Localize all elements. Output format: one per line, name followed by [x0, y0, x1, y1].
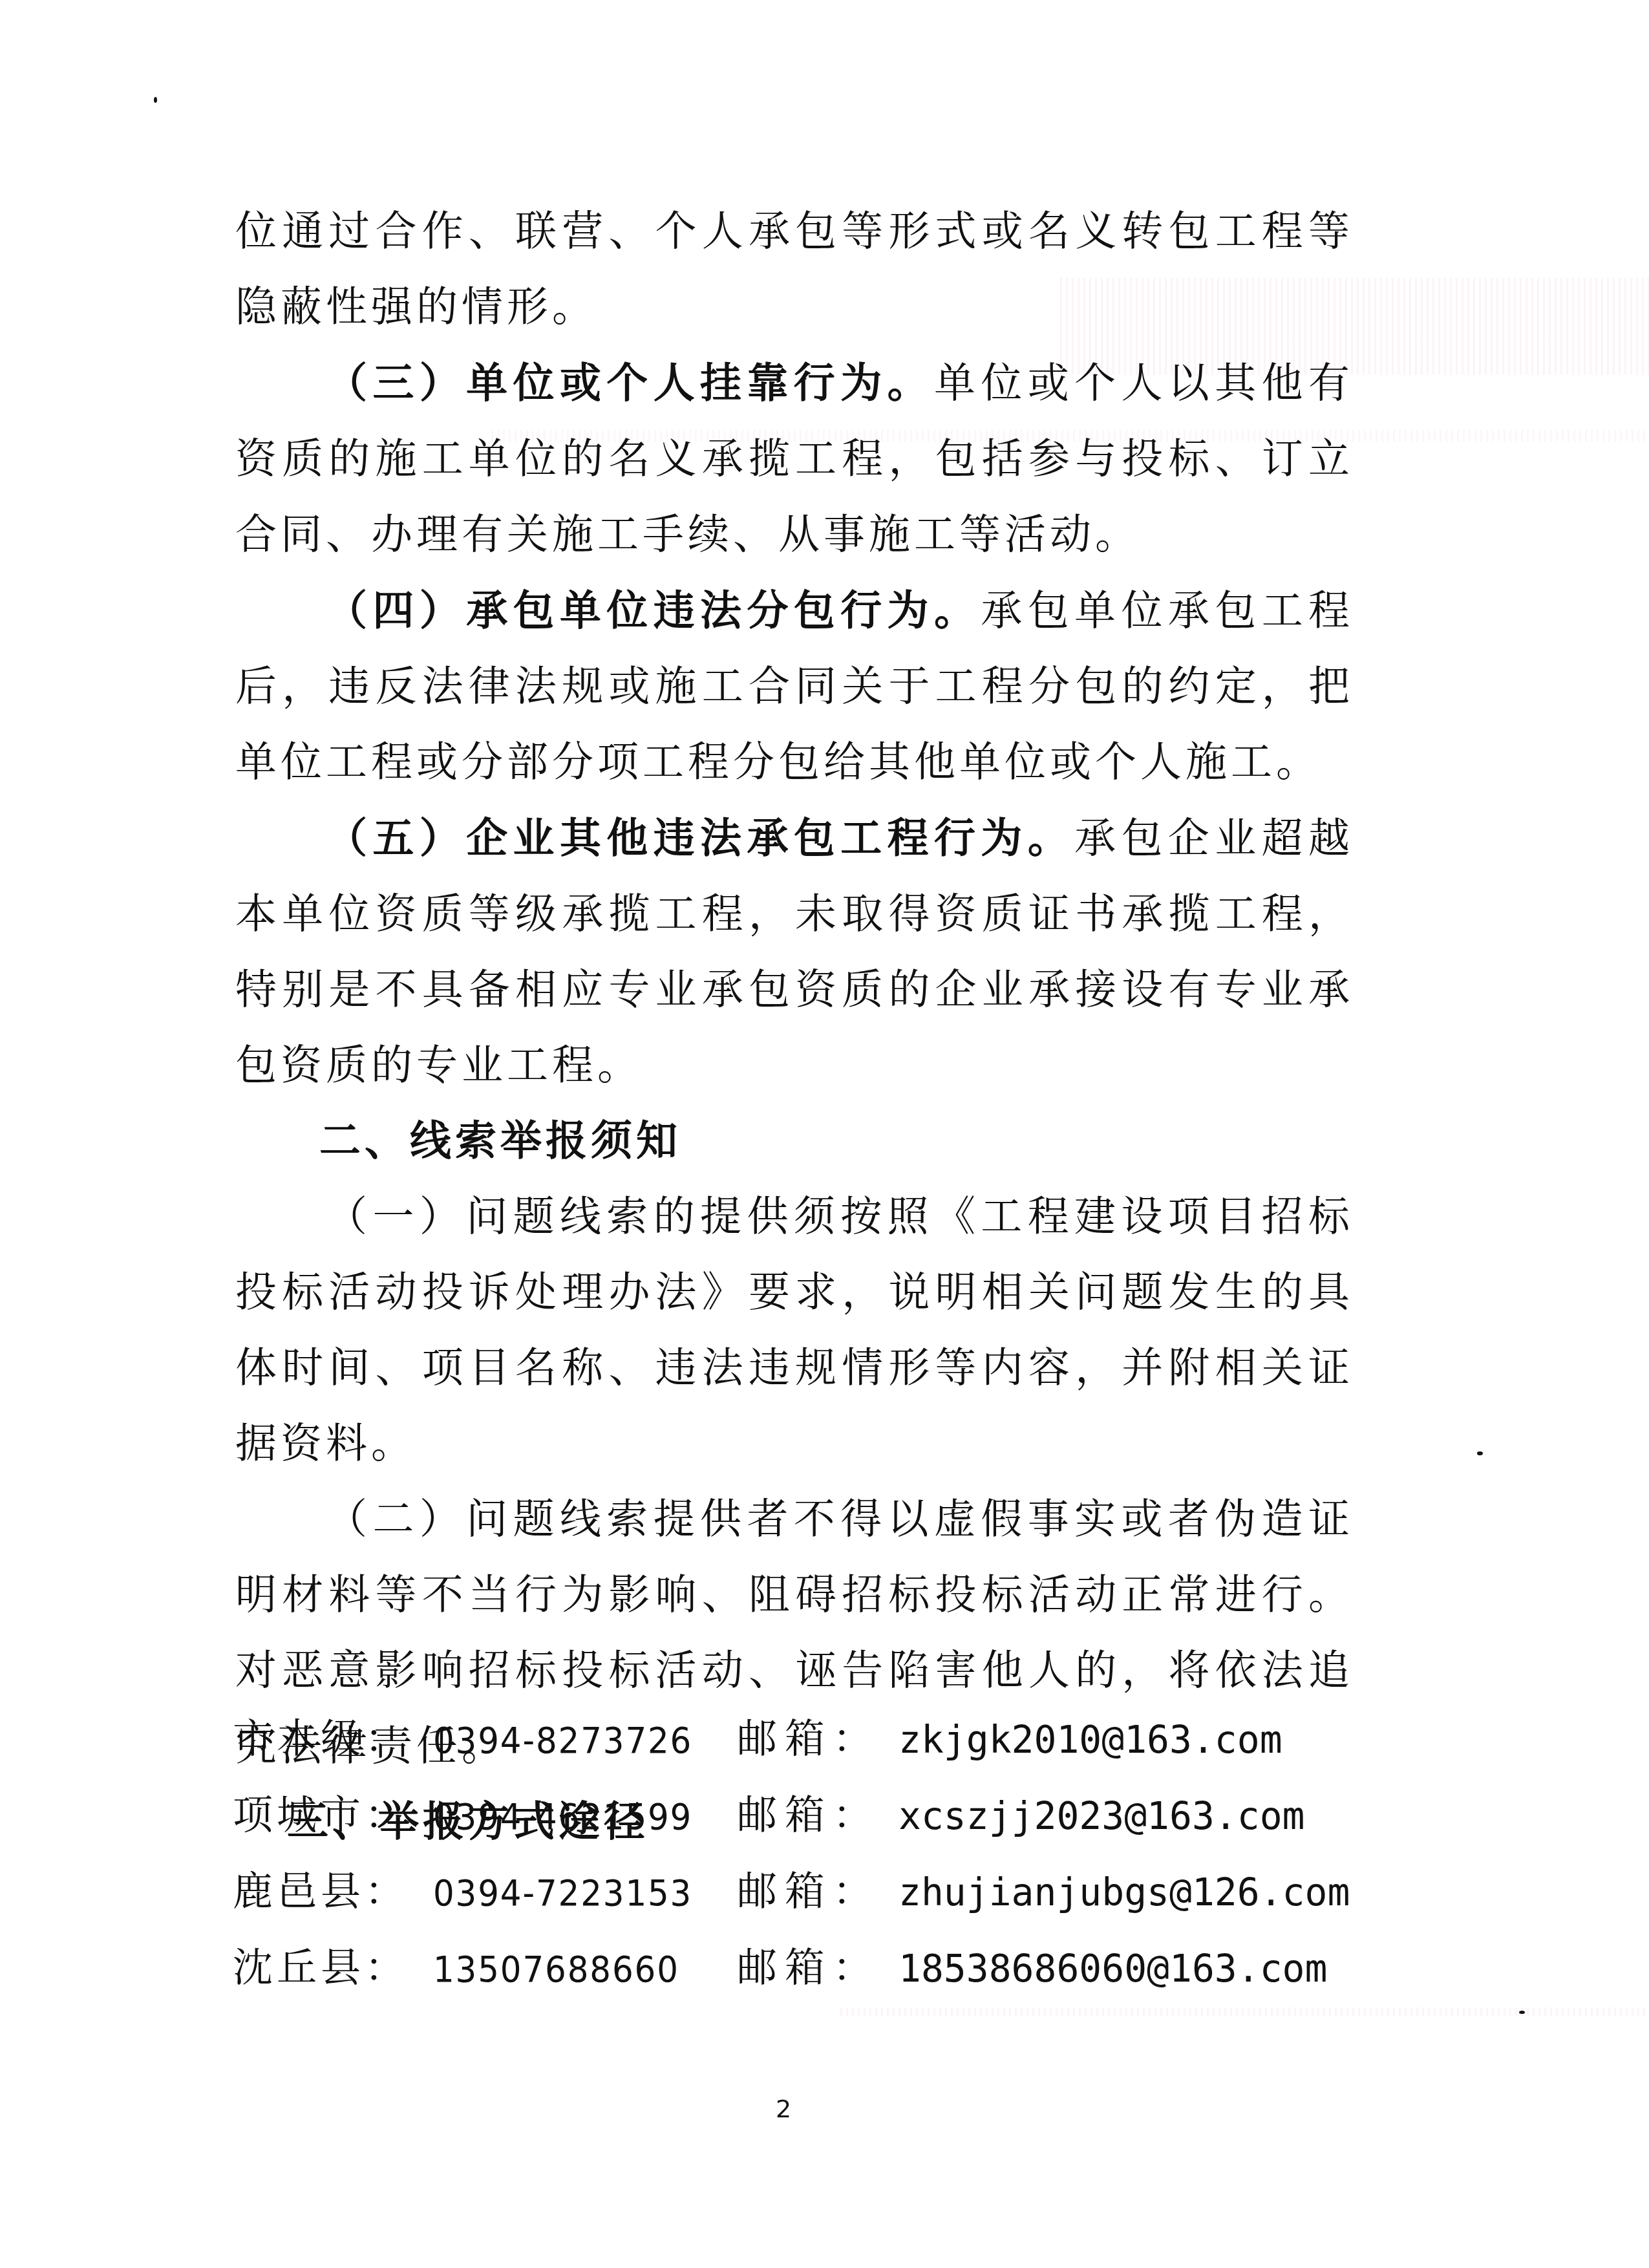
item-five: （五）企业其他违法承包工程行为。承包企业超越本单位资质等级承揽工程，未取得资质证… [235, 800, 1354, 1104]
contact-email: zkjgk2010@163.com [899, 1718, 1282, 1762]
contact-phone: 13507688660 [433, 1949, 712, 1991]
continuation-paragraph: 位通过合作、联营、个人承包等形式或名义转包工程等隐蔽性强的情形。 [235, 194, 1354, 345]
contact-email: xcszjj2023@163.com [899, 1794, 1305, 1838]
item-four: （四）承包单位违法分包行为。承包单位承包工程后，违反法律法规或施工合同关于工程分… [235, 573, 1354, 800]
contact-email: zhujianjubgs@126.com [899, 1870, 1350, 1914]
contact-region: 项城市： [233, 1783, 433, 1841]
contact-phone: 0394-4621599 [433, 1796, 712, 1838]
item-four-lead: （四）承包单位违法分包行为。 [326, 586, 981, 635]
document-body: 位通过合作、联营、个人承包等形式或名义转包工程等隐蔽性强的情形。 （三）单位或个… [235, 194, 1354, 1860]
email-label: 邮箱： [737, 1936, 899, 1993]
contact-row-city-level: 市本级： 0394-8273726 邮箱： zkjgk2010@163.com [233, 1707, 1396, 1783]
contact-region: 市本级： [233, 1707, 433, 1764]
contact-row-shenqiu: 沈丘县： 13507688660 邮箱： 18538686060@163.com [233, 1936, 1396, 2012]
item-three: （三）单位或个人挂靠行为。单位或个人以其他有资质的施工单位的名义承揽工程，包括参… [235, 345, 1354, 573]
email-label: 邮箱： [737, 1707, 899, 1764]
email-label: 邮箱： [737, 1783, 899, 1841]
scan-speck [1519, 2011, 1525, 2014]
scan-speck [1477, 1451, 1483, 1455]
contact-row-luyi: 鹿邑县： 0394-7223153 邮箱： zhujianjubgs@126.c… [233, 1859, 1396, 1936]
contact-region: 沈丘县： [233, 1936, 433, 1993]
contact-phone: 0394-7223153 [433, 1872, 712, 1914]
contact-list: 市本级： 0394-8273726 邮箱： zkjgk2010@163.com … [233, 1707, 1396, 2012]
contact-row-xiangcheng: 项城市： 0394-4621599 邮箱： xcszjj2023@163.com [233, 1783, 1396, 1859]
section-two-heading: 二、线索举报须知 [235, 1104, 1354, 1179]
contact-region: 鹿邑县： [233, 1859, 433, 1917]
contact-phone: 0394-8273726 [433, 1720, 712, 1762]
notice-item-one: （一）问题线索的提供须按照《工程建设项目招标投标活动投诉处理办法》要求，说明相关… [235, 1179, 1354, 1482]
item-five-lead: （五）企业其他违法承包工程行为。 [326, 814, 1074, 862]
email-label: 邮箱： [737, 1859, 899, 1917]
item-three-lead: （三）单位或个人挂靠行为。 [326, 359, 934, 407]
scan-speck [154, 97, 157, 103]
contact-email: 18538686060@163.com [899, 1947, 1327, 1991]
document-page: 位通过合作、联营、个人承包等形式或名义转包工程等隐蔽性强的情形。 （三）单位或个… [0, 0, 1649, 2268]
page-number: 2 [776, 2095, 791, 2123]
